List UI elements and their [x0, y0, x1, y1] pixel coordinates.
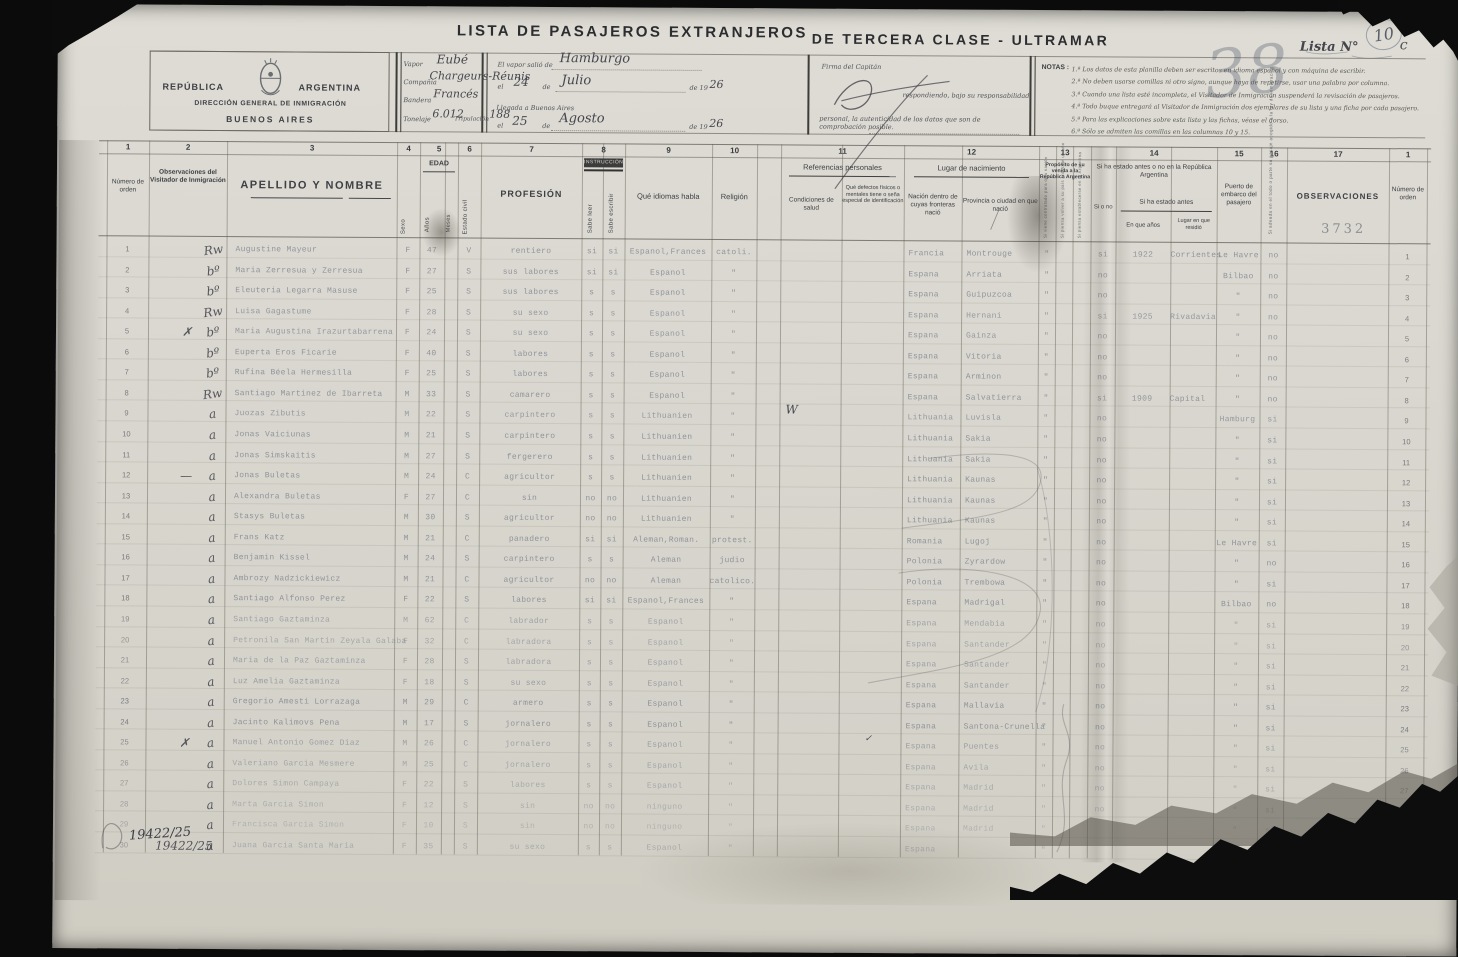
- pencil-marks: [0, 0, 1458, 900]
- scanned-sheet: LISTA DE PASAJEROS EXTRANJEROS DE TERCER…: [52, 4, 1458, 900]
